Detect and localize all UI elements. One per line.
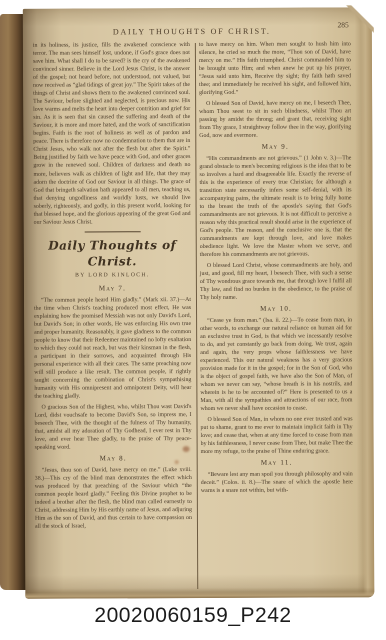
two-column-text: in its holiness, its justice, fills the … xyxy=(33,40,353,589)
left-column: in its holiness, its justice, fills the … xyxy=(33,41,192,590)
page-content: DAILY THOUGHTS OF CHRIST. 285 in its hol… xyxy=(33,20,353,582)
entry-text: “His commandments are not grievous.” (1 … xyxy=(199,154,351,259)
entry-date-heading: May 9. xyxy=(199,142,351,152)
running-header: DAILY THOUGHTS OF CHRIST. 285 xyxy=(33,20,351,34)
page-stack-right-edge xyxy=(355,7,375,597)
right-column: to have mercy on him. When men sought to… xyxy=(199,40,353,589)
entry-text: “Jesus, thou son of David, have mercy on… xyxy=(35,466,192,531)
entry-text: “Cease ye from man.” (Isa. ii. 22.)—To c… xyxy=(200,316,352,413)
book-photo: DAILY THOUGHTS OF CHRIST. 285 in its hol… xyxy=(0,0,386,602)
entry-prayer: O gracious Son of the Highest, who, whil… xyxy=(34,403,191,452)
entry-prayer: O blessed Son of David, have mercy on me… xyxy=(199,99,351,140)
entry-date-heading: May 7. xyxy=(34,284,191,294)
section-divider-rule xyxy=(84,231,140,232)
continuation-paragraph: in its holiness, its justice, fills the … xyxy=(33,41,191,226)
scanned-book-page: DAILY THOUGHTS OF CHRIST. 285 in its hol… xyxy=(23,7,375,599)
entry-text: “The common people heard Him gladly.” (M… xyxy=(34,296,191,401)
section-title: Daily Thoughts of Christ. xyxy=(34,237,191,270)
author-byline: BY LORD KINLOCH. xyxy=(34,272,191,280)
entry-prayer: O blessed Son of Man, in whom no one eve… xyxy=(200,415,352,456)
entry-text: “Beware lest any man spoil you through p… xyxy=(201,470,353,495)
entry-date-heading: May 11. xyxy=(201,458,353,468)
running-header-title: DAILY THOUGHTS OF CHRIST. xyxy=(113,27,271,37)
continuation-paragraph: to have mercy on him. When men sought to… xyxy=(199,40,351,97)
entry-date-heading: May 8. xyxy=(35,454,192,464)
entry-date-heading: May 10. xyxy=(200,304,352,314)
entry-prayer: O blessed Lord Christ, whose commandment… xyxy=(200,261,352,302)
column-divider-line xyxy=(195,43,198,589)
page-number: 285 xyxy=(338,20,349,29)
archive-id-caption: 20020060159_P242 xyxy=(0,604,386,628)
